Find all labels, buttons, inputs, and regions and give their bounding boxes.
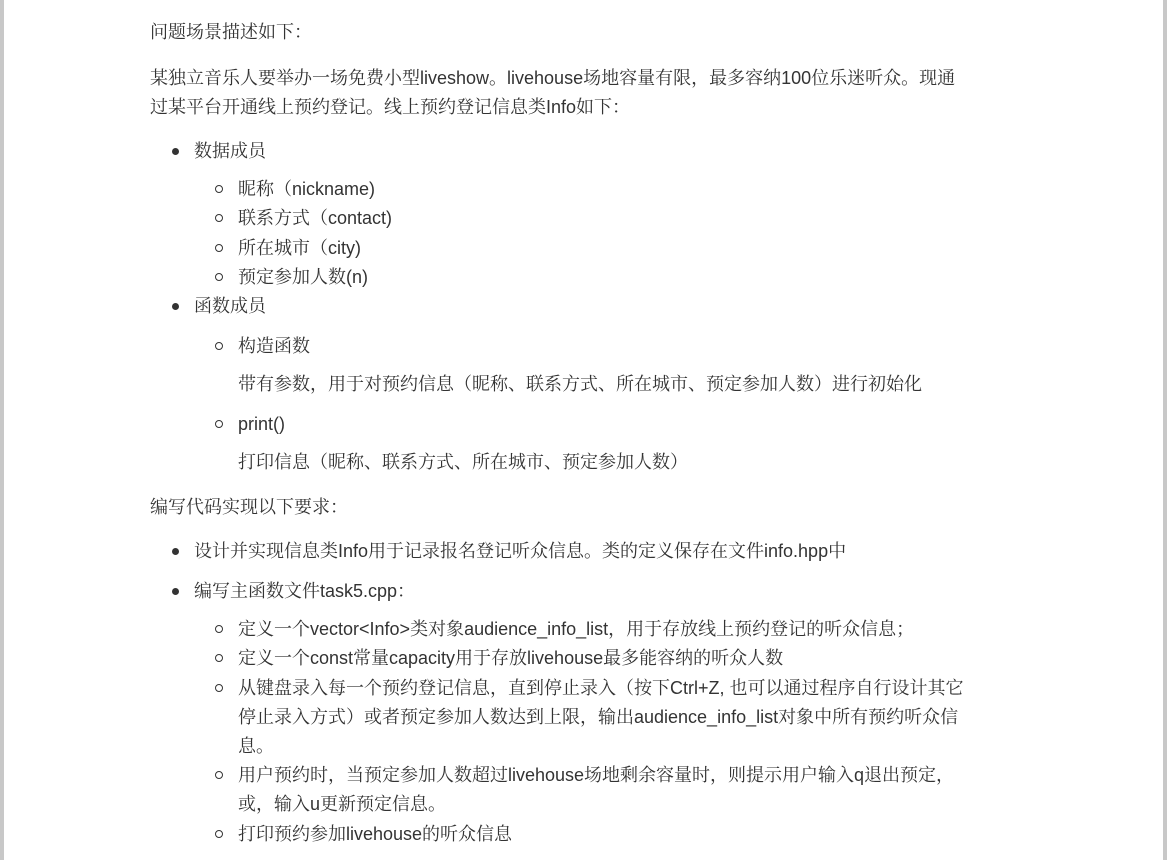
circle-bullet-icon bbox=[215, 654, 223, 662]
circle-bullet-icon bbox=[215, 771, 223, 779]
circle-bullet-icon bbox=[215, 830, 223, 838]
subreq-print: 打印预约参加livehouse的听众信息 bbox=[238, 819, 512, 849]
constructor-description: 带有参数，用于对预约信息（昵称、联系方式、所在城市、预定参加人数）进行初始化 bbox=[238, 369, 922, 399]
circle-bullet-icon bbox=[215, 684, 223, 692]
circle-bullet-icon bbox=[215, 185, 223, 193]
circle-bullet-icon bbox=[215, 342, 223, 350]
function-member-constructor: 构造函数 bbox=[238, 331, 310, 361]
requirement-main-file: 编写主函数文件task5.cpp： bbox=[194, 576, 415, 606]
function-member-print: print() bbox=[238, 409, 285, 439]
scenario-paragraph-line-2: 过某平台开通线上预约登记。线上预约登记信息类Info如下： bbox=[150, 92, 630, 122]
subreq-input-line-1: 从键盘录入每一个预约登记信息，直到停止录入（按下Ctrl+Z, 也可以通过程序自… bbox=[238, 673, 964, 703]
circle-bullet-icon bbox=[215, 420, 223, 428]
data-member-nickname: 昵称（nickname) bbox=[238, 174, 375, 204]
subreq-overflow-line-2: 或，输入u更新预定信息。 bbox=[238, 789, 446, 819]
subreq-input-line-3: 息。 bbox=[238, 731, 274, 761]
subreq-capacity: 定义一个const常量capacity用于存放livehouse最多能容纳的听众… bbox=[238, 643, 783, 673]
circle-bullet-icon bbox=[215, 625, 223, 633]
requirements-heading: 编写代码实现以下要求： bbox=[150, 492, 348, 522]
bullet-icon bbox=[172, 303, 179, 310]
requirement-info-class: 设计并实现信息类Info用于记录报名登记听众信息。类的定义保存在文件info.h… bbox=[194, 536, 846, 566]
subreq-input-line-2: 停止录入方式）或者预定参加人数达到上限，输出audience_info_list… bbox=[238, 702, 958, 732]
function-members-label: 函数成员 bbox=[194, 291, 266, 321]
circle-bullet-icon bbox=[215, 214, 223, 222]
scenario-paragraph-line-1: 某独立音乐人要举办一场免费小型liveshow。livehouse场地容量有限，… bbox=[150, 63, 955, 93]
data-member-n: 预定参加人数(n) bbox=[238, 262, 368, 292]
bullet-icon bbox=[172, 548, 179, 555]
data-members-label: 数据成员 bbox=[194, 136, 266, 166]
bullet-icon bbox=[172, 588, 179, 595]
data-member-contact: 联系方式（contact) bbox=[238, 203, 392, 233]
left-scrollbar-edge bbox=[0, 0, 4, 860]
print-description: 打印信息（昵称、联系方式、所在城市、预定参加人数） bbox=[238, 447, 688, 477]
circle-bullet-icon bbox=[215, 273, 223, 281]
circle-bullet-icon bbox=[215, 244, 223, 252]
bullet-icon bbox=[172, 148, 179, 155]
subreq-vector: 定义一个vector<Info>类对象audience_info_list，用于… bbox=[238, 614, 914, 644]
data-member-city: 所在城市（city) bbox=[238, 233, 361, 263]
intro-heading: 问题场景描述如下： bbox=[150, 17, 312, 47]
subreq-overflow-line-1: 用户预约时，当预定参加人数超过livehouse场地剩余容量时，则提示用户输入q… bbox=[238, 760, 954, 790]
right-scrollbar-edge[interactable] bbox=[1163, 0, 1167, 860]
